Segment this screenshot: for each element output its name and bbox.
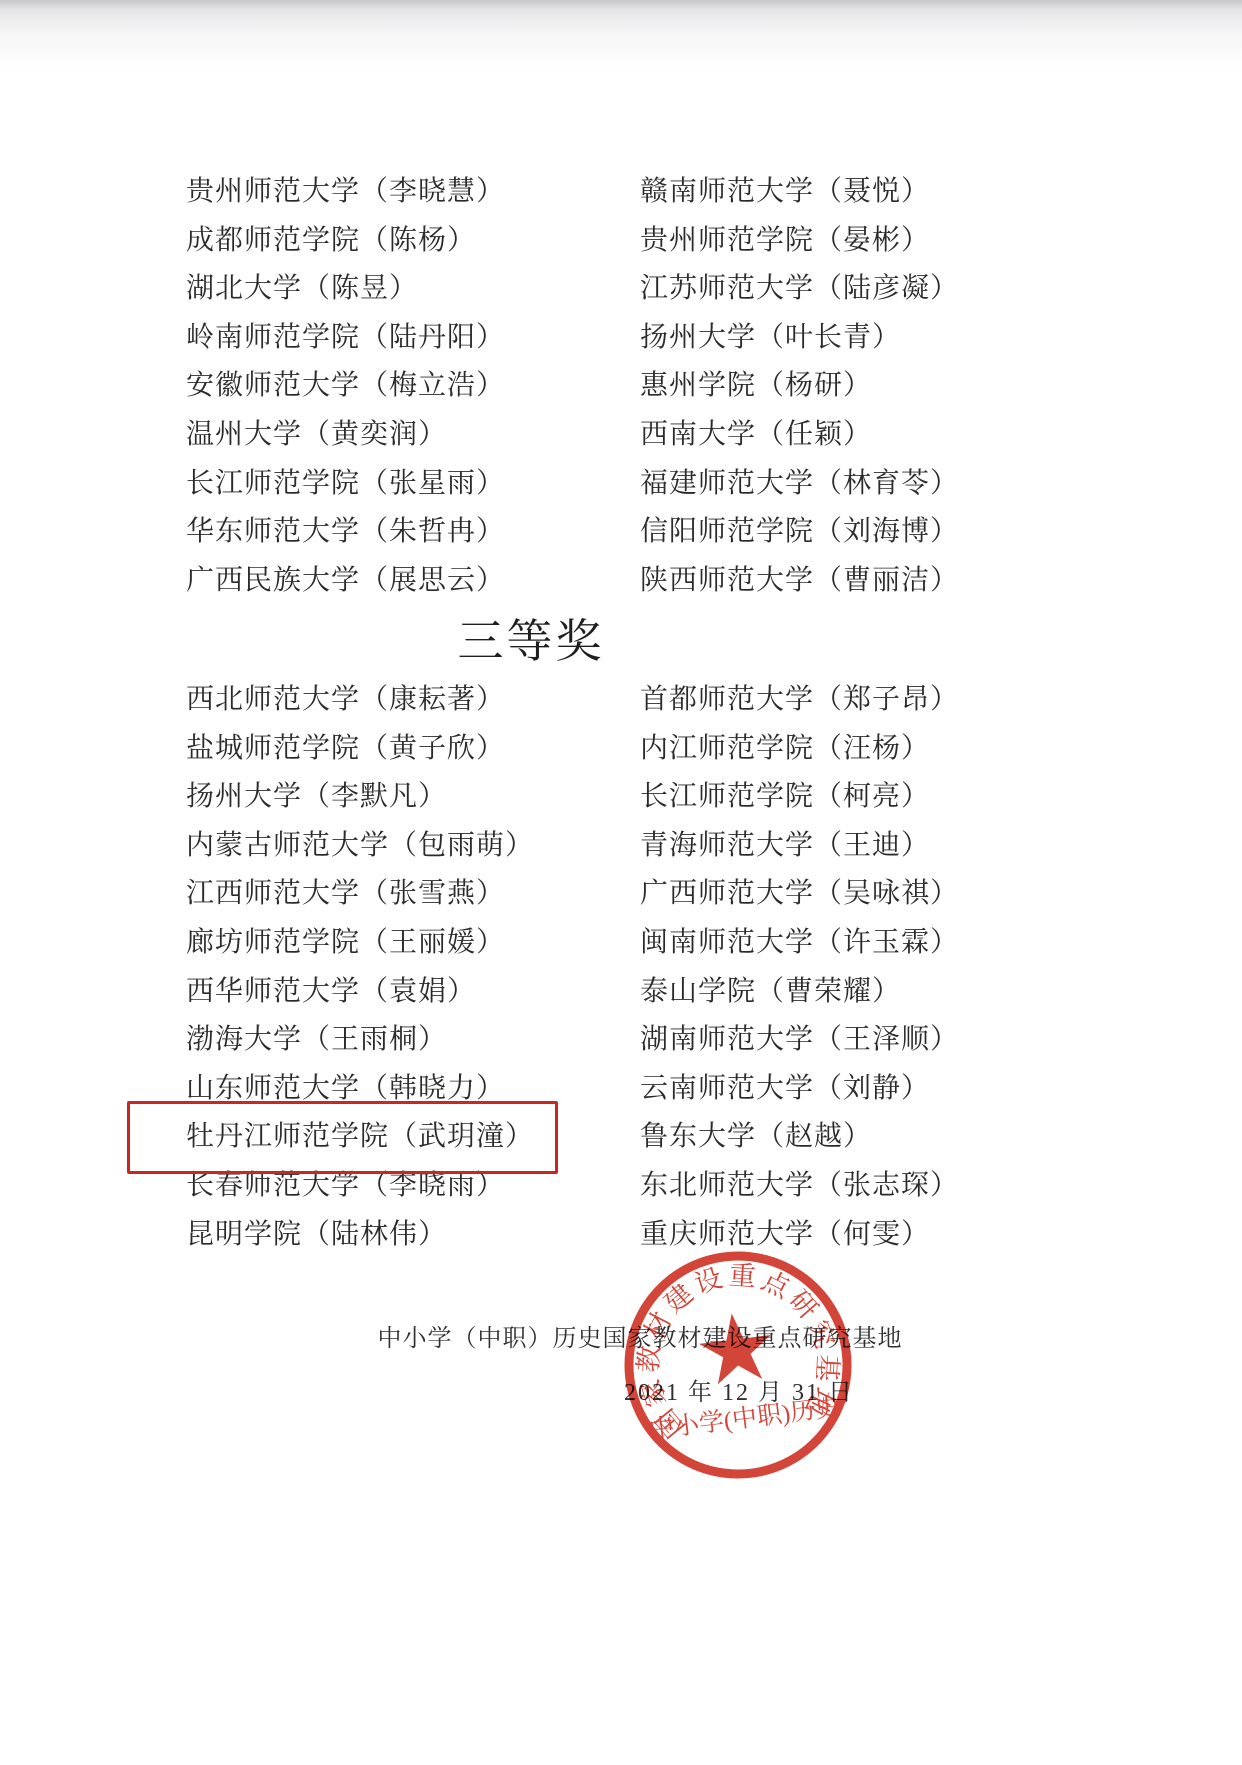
award-entry: 广西民族大学（展思云）	[186, 557, 505, 606]
award-entry: 福建师范大学（林育苓）	[640, 460, 959, 509]
award-entry: 贵州师范学院（晏彬）	[640, 217, 959, 266]
award-entry: 贵州师范大学（李晓慧）	[186, 168, 505, 217]
award-entry: 广西师范大学（吴咏祺）	[640, 870, 959, 919]
award-entry: 长春师范大学（李晓雨）	[186, 1162, 534, 1211]
award-entry-highlighted: 牡丹江师范学院（武玥潼）	[186, 1113, 534, 1162]
official-seal: 国家教材建设重点研究基地 中小学(中职)历史	[608, 1235, 868, 1495]
award-entry: 湖南师范大学（王泽顺）	[640, 1016, 959, 1065]
award-entry: 昆明学院（陆林伟）	[186, 1211, 534, 1260]
award-list-top-left-column: 贵州师范大学（李晓慧） 成都师范学院（陈杨） 湖北大学（陈昱） 岭南师范学院（陆…	[186, 168, 505, 605]
award-entry: 泰山学院（曹荣耀）	[640, 968, 959, 1017]
award-list-third-right-column: 首都师范大学（郑子昂） 内江师范学院（汪杨） 长江师范学院（柯亮） 青海师范大学…	[640, 676, 959, 1259]
award-entry: 成都师范学院（陈杨）	[186, 217, 505, 266]
section-heading-third-prize: 三等奖	[186, 616, 876, 668]
award-list-third-left-column: 西北师范大学（康耘著） 盐城师范学院（黄子欣） 扬州大学（李默凡） 内蒙古师范大…	[186, 676, 534, 1259]
award-entry: 西南大学（任颖）	[640, 411, 959, 460]
scanned-award-document: 贵州师范大学（李晓慧） 成都师范学院（陈杨） 湖北大学（陈昱） 岭南师范学院（陆…	[0, 0, 1242, 1765]
award-entry: 东北师范大学（张志琛）	[640, 1162, 959, 1211]
award-entry: 山东师范大学（韩晓力）	[186, 1065, 534, 1114]
award-entry: 安徽师范大学（梅立浩）	[186, 362, 505, 411]
award-entry: 内江师范学院（汪杨）	[640, 725, 959, 774]
award-entry: 廊坊师范学院（王丽媛）	[186, 919, 534, 968]
award-entry: 盐城师范学院（黄子欣）	[186, 725, 534, 774]
award-entry: 惠州学院（杨研）	[640, 362, 959, 411]
award-entry: 西华师范大学（袁娟）	[186, 968, 534, 1017]
award-entry: 江苏师范大学（陆彦凝）	[640, 265, 959, 314]
award-entry: 首都师范大学（郑子昂）	[640, 676, 959, 725]
award-entry: 岭南师范学院（陆丹阳）	[186, 314, 505, 363]
seal-star-icon	[696, 1309, 776, 1386]
award-entry: 赣南师范大学（聂悦）	[640, 168, 959, 217]
seal-bottom-text: 中小学(中职)历史	[648, 1393, 842, 1444]
award-entry: 青海师范大学（王迪）	[640, 822, 959, 871]
award-entry: 华东师范大学（朱哲冉）	[186, 508, 505, 557]
award-entry: 信阳师范学院（刘海博）	[640, 508, 959, 557]
award-entry: 湖北大学（陈昱）	[186, 265, 505, 314]
award-entry: 鲁东大学（赵越）	[640, 1113, 959, 1162]
award-entry: 温州大学（黄奕润）	[186, 411, 505, 460]
award-list-top-right-column: 赣南师范大学（聂悦） 贵州师范学院（晏彬） 江苏师范大学（陆彦凝） 扬州大学（叶…	[640, 168, 959, 605]
award-entry: 渤海大学（王雨桐）	[186, 1016, 534, 1065]
award-entry: 扬州大学（叶长青）	[640, 314, 959, 363]
award-entry: 扬州大学（李默凡）	[186, 773, 534, 822]
award-entry: 闽南师范大学（许玉霖）	[640, 919, 959, 968]
award-entry: 长江师范学院（张星雨）	[186, 460, 505, 509]
award-entry: 西北师范大学（康耘著）	[186, 676, 534, 725]
award-entry: 长江师范学院（柯亮）	[640, 773, 959, 822]
award-entry: 云南师范大学（刘静）	[640, 1065, 959, 1114]
award-entry: 陕西师范大学（曹丽洁）	[640, 557, 959, 606]
award-entry: 内蒙古师范大学（包雨萌）	[186, 822, 534, 871]
award-entry: 江西师范大学（张雪燕）	[186, 870, 534, 919]
